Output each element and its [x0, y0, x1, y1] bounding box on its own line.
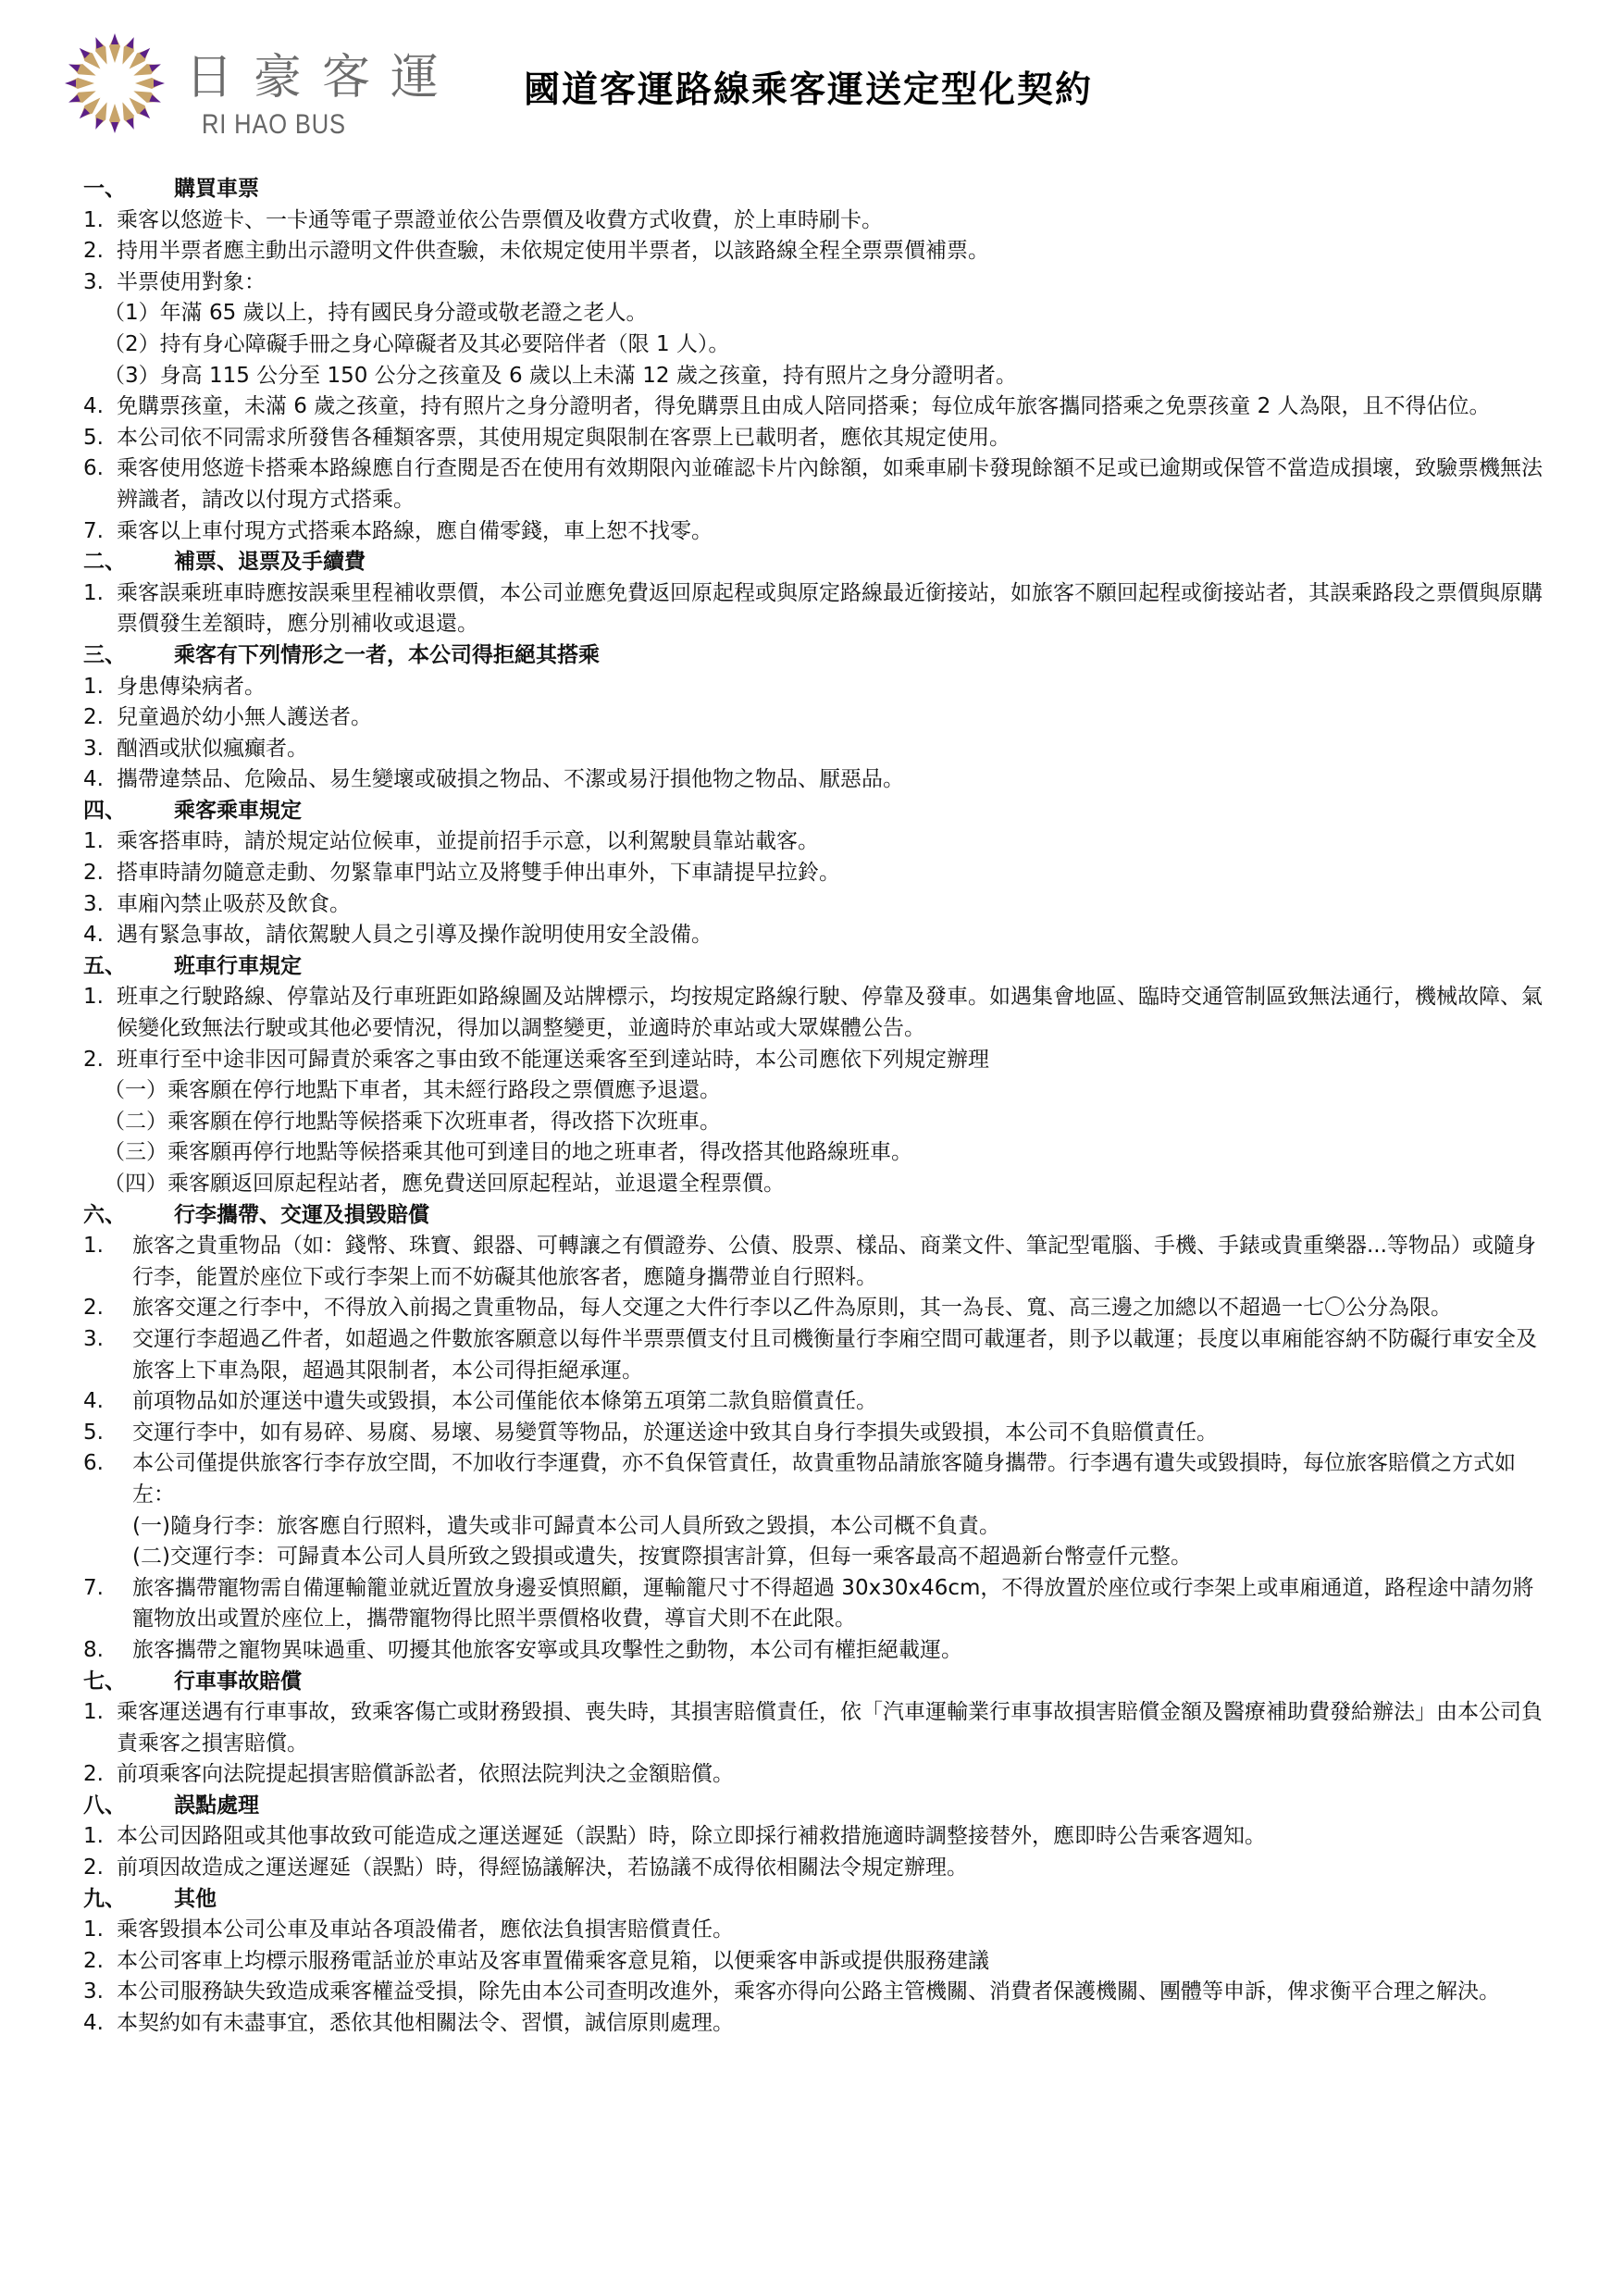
- item-text: 乘客搭車時，請於規定站位候車，並提前招手示意，以利駕駛員靠站載客。: [117, 826, 1545, 858]
- list-item: 6.乘客使用悠遊卡搭乘本路線應自行查閱是否在使用有效期限內並確認卡片內餘額，如乘…: [83, 453, 1545, 515]
- section-operation-rules: 五、班車行車規定 1.班車之行駛路線、停靠站及行車班距如路線圖及站牌標示，均按規…: [83, 951, 1545, 1200]
- item-number: 2.: [83, 1946, 117, 1978]
- list-item: 4.遇有緊急事故，請依駕駛人員之引導及操作說明使用安全設備。: [83, 920, 1545, 951]
- item-text: 本公司因路阻或其他事故致可能造成之運送遲延（誤點）時，除立即採行補救措施適時調整…: [117, 1821, 1545, 1853]
- list-item: 5.本公司依不同需求所發售各種類客票，其使用規定與限制在客票上已載明者，應依其規…: [83, 423, 1545, 454]
- item-number: 1.: [83, 205, 117, 237]
- list-item: 3.半票使用對象：: [83, 267, 1545, 299]
- list-item: 2.前項乘客向法院提起損害賠償訴訟者，依照法院判決之金額賠償。: [83, 1759, 1545, 1791]
- item-number: 2.: [83, 236, 117, 267]
- item-number: 2.: [83, 1853, 117, 1884]
- sub-item: （二）乘客願在停行地點等候搭乘下次班車者，得改搭下次班車。: [83, 1107, 1545, 1138]
- item-number: 1.: [83, 1821, 117, 1853]
- item-text: 前項乘客向法院提起損害賠償訴訟者，依照法院判決之金額賠償。: [117, 1759, 1545, 1791]
- item-text: 攜帶違禁品、危險品、易生變壞或破損之物品、不潔或易汙損他物之物品、厭惡品。: [117, 764, 1545, 796]
- section-title: 其他: [174, 1887, 217, 1911]
- list-item: 1.乘客毀損本公司公車及車站各項設備者，應依法負損害賠償責任。: [83, 1915, 1545, 1946]
- item-number: 6.: [83, 1448, 132, 1510]
- section-title: 誤點處理: [174, 1793, 259, 1818]
- item-text: 交運行李超過乙件者，如超過之件數旅客願意以每件半票票價支付且司機衡量行李廂空間可…: [132, 1324, 1545, 1386]
- item-text: 交運行李中，如有易碎、易腐、易壞、易變質等物品，於運送途中致其自身行李損失或毀損…: [132, 1418, 1545, 1449]
- sub-item: （2）持有身心障礙手冊之身心障礙者及其必要陪伴者（限 1 人）。: [83, 329, 1545, 361]
- section-riding-rules: 四、乘客乘車規定 1.乘客搭車時，請於規定站位候車，並提前招手示意，以利駕駛員靠…: [83, 796, 1545, 951]
- item-text: 持用半票者應主動出示證明文件供查驗，未依規定使用半票者，以該路線全程全票票價補票…: [117, 236, 1545, 267]
- section-heading: 九、其他: [83, 1884, 1545, 1916]
- item-number: 3.: [83, 1977, 117, 2008]
- item-number: 4.: [83, 764, 117, 796]
- list-item: 6.本公司僅提供旅客行李存放空間，不加收行李運費，亦不負保管責任，故貴重物品請旅…: [83, 1448, 1545, 1510]
- section-heading: 二、補票、退票及手續費: [83, 547, 1545, 578]
- item-number: 1.: [83, 578, 117, 640]
- list-item: 7.旅客攜帶寵物需自備運輸籠並就近置放身邊妥慎照顧，運輸籠尺寸不得超過 30x3…: [83, 1573, 1545, 1635]
- list-item: 7.乘客以上車付現方式搭乘本路線，應自備零錢，車上恕不找零。: [83, 516, 1545, 548]
- section-number: 三、: [83, 640, 174, 672]
- section-other: 九、其他 1.乘客毀損本公司公車及車站各項設備者，應依法負損害賠償責任。 2.本…: [83, 1884, 1545, 2040]
- section-number: 二、: [83, 547, 174, 578]
- item-number: 3.: [83, 734, 117, 765]
- section-heading: 四、乘客乘車規定: [83, 796, 1545, 827]
- sub-item: （一）乘客願在停行地點下車者，其未經行路段之票價應予退還。: [83, 1075, 1545, 1107]
- item-number: 1.: [83, 1697, 117, 1759]
- section-title: 乘客有下列情形之一者，本公司得拒絕其搭乘: [174, 643, 600, 667]
- list-item: 8.旅客攜帶之寵物異味過重、叨擾其他旅客安寧或具攻擊性之動物，本公司有權拒絕載運…: [83, 1635, 1545, 1667]
- item-number: 3.: [83, 1324, 132, 1386]
- item-number: 4.: [83, 920, 117, 951]
- sunburst-logo-icon: [63, 31, 167, 135]
- list-item: 5.交運行李中，如有易碎、易腐、易壞、易變質等物品，於運送途中致其自身行李損失或…: [83, 1418, 1545, 1449]
- sub-item: (一)隨身行李：旅客應自行照料，遺失或非可歸責本公司人員所致之毀損，本公司概不負…: [83, 1511, 1545, 1543]
- item-number: 4.: [83, 2008, 117, 2040]
- section-heading: 五、班車行車規定: [83, 951, 1545, 983]
- list-item: 1.班車之行駛路線、停靠站及行車班距如路線圖及站牌標示，均按規定路線行駛、停靠及…: [83, 982, 1545, 1044]
- item-text: 身患傳染病者。: [117, 672, 1545, 703]
- item-number: 7.: [83, 516, 117, 548]
- item-text: 乘客以上車付現方式搭乘本路線，應自備零錢，車上恕不找零。: [117, 516, 1545, 548]
- section-refunds: 二、補票、退票及手續費 1.乘客誤乘班車時應按誤乘里程補收票價，本公司並應免費返…: [83, 547, 1545, 640]
- item-text: 旅客交運之行李中，不得放入前揭之貴重物品，每人交運之大件行李以乙件為原則，其一為…: [132, 1293, 1545, 1324]
- item-number: 4.: [83, 391, 117, 423]
- section-heading: 八、誤點處理: [83, 1791, 1545, 1822]
- item-text: 班車行至中途非因可歸責於乘客之事由致不能運送乘客至到達站時，本公司應依下列規定辦…: [117, 1045, 1545, 1076]
- section-heading: 一、購買車票: [83, 174, 1545, 205]
- section-purchase-tickets: 一、購買車票 1.乘客以悠遊卡、一卡通等電子票證並依公告票價及收費方式收費，於上…: [83, 174, 1545, 547]
- item-text: 乘客以悠遊卡、一卡通等電子票證並依公告票價及收費方式收費，於上車時刷卡。: [117, 205, 1545, 237]
- sub-item: （三）乘客願再停行地點等候搭乘其他可到達目的地之班車者，得改搭其他路線班車。: [83, 1137, 1545, 1169]
- item-text: 旅客攜帶之寵物異味過重、叨擾其他旅客安寧或具攻擊性之動物，本公司有權拒絕載運。: [132, 1635, 1545, 1667]
- logo-english-name: RI HAO BUS: [202, 109, 346, 141]
- item-text: 本公司依不同需求所發售各種類客票，其使用規定與限制在客票上已載明者，應依其規定使…: [117, 423, 1545, 454]
- item-number: 5.: [83, 1418, 132, 1449]
- item-text: 半票使用對象：: [117, 267, 1545, 299]
- section-heading: 七、行車事故賠償: [83, 1667, 1545, 1698]
- item-number: 7.: [83, 1573, 132, 1635]
- item-text: 乘客使用悠遊卡搭乘本路線應自行查閱是否在使用有效期限內並確認卡片內餘額，如乘車刷…: [117, 453, 1545, 515]
- sub-item: （四）乘客願返回原起程站者，應免費送回原起程站，並退還全程票價。: [83, 1169, 1545, 1200]
- list-item: 4.本契約如有未盡事宜，悉依其他相關法令、習慣，誠信原則處理。: [83, 2008, 1545, 2040]
- sub-item: （3）身高 115 公分至 150 公分之孩童及 6 歲以上未滿 12 歲之孩童…: [83, 361, 1545, 392]
- logo-chinese-name: 日豪客運: [185, 50, 459, 105]
- sub-item: (二)交運行李：可歸責本公司人員所致之毀損或遺失，按實際損害計算，但每一乘客最高…: [83, 1542, 1545, 1573]
- item-text: 乘客毀損本公司公車及車站各項設備者，應依法負損害賠償責任。: [117, 1915, 1545, 1946]
- list-item: 4.攜帶違禁品、危險品、易生變壞或破損之物品、不潔或易汙損他物之物品、厭惡品。: [83, 764, 1545, 796]
- list-item: 1.乘客以悠遊卡、一卡通等電子票證並依公告票價及收費方式收費，於上車時刷卡。: [83, 205, 1545, 237]
- item-text: 本公司服務缺失致造成乘客權益受損，除先由本公司查明改進外，乘客亦得向公路主管機關…: [117, 1977, 1545, 2008]
- item-text: 班車之行駛路線、停靠站及行車班距如路線圖及站牌標示，均按規定路線行駛、停靠及發車…: [117, 982, 1545, 1044]
- item-text: 乘客運送遇有行車事故，致乘客傷亡或財務毀損、喪失時，其損害賠償責任，依「汽車運輸…: [117, 1697, 1545, 1759]
- item-text: 本公司僅提供旅客行李存放空間，不加收行李運費，亦不負保管責任，故貴重物品請旅客隨…: [132, 1448, 1545, 1510]
- list-item: 4.前項物品如於運送中遺失或毀損，本公司僅能依本條第五項第二款負賠償責任。: [83, 1386, 1545, 1418]
- section-number: 四、: [83, 796, 174, 827]
- item-text: 酗酒或狀似瘋癲者。: [117, 734, 1545, 765]
- item-text: 旅客攜帶寵物需自備運輸籠並就近置放身邊妥慎照顧，運輸籠尺寸不得超過 30x30x…: [132, 1573, 1545, 1635]
- list-item: 1.身患傳染病者。: [83, 672, 1545, 703]
- section-number: 五、: [83, 951, 174, 983]
- list-item: 1.旅客之貴重物品（如：錢幣、珠寶、銀器、可轉讓之有價證券、公債、股票、樣品、商…: [83, 1231, 1545, 1293]
- item-number: 1.: [83, 1915, 117, 1946]
- item-number: 2.: [83, 1759, 117, 1791]
- list-item: 2.搭車時請勿隨意走動、勿緊靠車門站立及將雙手伸出車外，下車請提早拉鈴。: [83, 858, 1545, 889]
- list-item: 1.本公司因路阻或其他事故致可能造成之運送遲延（誤點）時，除立即採行補救措施適時…: [83, 1821, 1545, 1853]
- item-number: 1.: [83, 826, 117, 858]
- section-title: 購買車票: [174, 177, 259, 201]
- item-number: 1.: [83, 982, 117, 1044]
- list-item: 1.乘客誤乘班車時應按誤乘里程補收票價，本公司並應免費返回原起程或與原定路線最近…: [83, 578, 1545, 640]
- item-text: 車廂內禁止吸菸及飲食。: [117, 889, 1545, 921]
- item-number: 2.: [83, 1045, 117, 1076]
- section-title: 補票、退票及手續費: [174, 550, 366, 574]
- item-number: 3.: [83, 267, 117, 299]
- item-text: 搭車時請勿隨意走動、勿緊靠車門站立及將雙手伸出車外，下車請提早拉鈴。: [117, 858, 1545, 889]
- list-item: 3.本公司服務缺失致造成乘客權益受損，除先由本公司查明改進外，乘客亦得向公路主管…: [83, 1977, 1545, 2008]
- item-number: 2.: [83, 858, 117, 889]
- list-item: 2.旅客交運之行李中，不得放入前揭之貴重物品，每人交運之大件行李以乙件為原則，其…: [83, 1293, 1545, 1324]
- section-heading: 三、乘客有下列情形之一者，本公司得拒絕其搭乘: [83, 640, 1545, 672]
- contract-body: 一、購買車票 1.乘客以悠遊卡、一卡通等電子票證並依公告票價及收費方式收費，於上…: [83, 174, 1545, 2040]
- section-number: 一、: [83, 174, 174, 205]
- list-item: 3.酗酒或狀似瘋癲者。: [83, 734, 1545, 765]
- page-title: 國道客運路線乘客運送定型化契約: [524, 68, 1093, 113]
- item-number: 1.: [83, 672, 117, 703]
- item-text: 乘客誤乘班車時應按誤乘里程補收票價，本公司並應免費返回原起程或與原定路線最近銜接…: [117, 578, 1545, 640]
- item-text: 前項物品如於運送中遺失或毀損，本公司僅能依本條第五項第二款負賠償責任。: [132, 1386, 1545, 1418]
- list-item: 3.交運行李超過乙件者，如超過之件數旅客願意以每件半票票價支付且司機衡量行李廂空…: [83, 1324, 1545, 1386]
- item-text: 遇有緊急事故，請依駕駛人員之引導及操作說明使用安全設備。: [117, 920, 1545, 951]
- item-number: 8.: [83, 1635, 132, 1667]
- item-text: 旅客之貴重物品（如：錢幣、珠寶、銀器、可轉讓之有價證券、公債、股票、樣品、商業文…: [132, 1231, 1545, 1293]
- section-title: 班車行車規定: [174, 954, 302, 978]
- list-item: 2.前項因故造成之運送遲延（誤點）時，得經協議解決，若協議不成得依相關法令規定辦…: [83, 1853, 1545, 1884]
- item-number: 2.: [83, 1293, 132, 1324]
- item-number: 6.: [83, 453, 117, 515]
- list-item: 2.兒童過於幼小無人護送者。: [83, 702, 1545, 734]
- section-title: 行車事故賠償: [174, 1669, 302, 1694]
- section-number: 六、: [83, 1200, 174, 1232]
- item-number: 3.: [83, 889, 117, 921]
- list-item: 1.乘客搭車時，請於規定站位候車，並提前招手示意，以利駕駛員靠站載客。: [83, 826, 1545, 858]
- item-number: 2.: [83, 702, 117, 734]
- list-item: 1.乘客運送遇有行車事故，致乘客傷亡或財務毀損、喪失時，其損害賠償責任，依「汽車…: [83, 1697, 1545, 1759]
- list-item: 3.車廂內禁止吸菸及飲食。: [83, 889, 1545, 921]
- section-number: 九、: [83, 1884, 174, 1916]
- section-number: 八、: [83, 1791, 174, 1822]
- item-text: 本契約如有未盡事宜，悉依其他相關法令、習慣，誠信原則處理。: [117, 2008, 1545, 2040]
- item-text: 本公司客車上均標示服務電話並於車站及客車置備乘客意見箱，以便乘客申訴或提供服務建…: [117, 1946, 1545, 1978]
- section-heading: 六、行李攜帶、交運及損毀賠償: [83, 1200, 1545, 1232]
- sub-item: （1）年滿 65 歲以上，持有國民身分證或敬老證之老人。: [83, 298, 1545, 329]
- list-item: 2.本公司客車上均標示服務電話並於車站及客車置備乘客意見箱，以便乘客申訴或提供服…: [83, 1946, 1545, 1978]
- list-item: 2.班車行至中途非因可歸責於乘客之事由致不能運送乘客至到達站時，本公司應依下列規…: [83, 1045, 1545, 1076]
- list-item: 2.持用半票者應主動出示證明文件供查驗，未依規定使用半票者，以該路線全程全票票價…: [83, 236, 1545, 267]
- list-item: 4.免購票孩童，未滿 6 歲之孩童，持有照片之身分證明者，得免購票且由成人陪同搭…: [83, 391, 1545, 423]
- section-title: 乘客乘車規定: [174, 799, 302, 823]
- section-number: 七、: [83, 1667, 174, 1698]
- item-number: 4.: [83, 1386, 132, 1418]
- section-delays: 八、誤點處理 1.本公司因路阻或其他事故致可能造成之運送遲延（誤點）時，除立即採…: [83, 1791, 1545, 1884]
- item-text: 兒童過於幼小無人護送者。: [117, 702, 1545, 734]
- item-text: 前項因故造成之運送遲延（誤點）時，得經協議解決，若協議不成得依相關法令規定辦理。: [117, 1853, 1545, 1884]
- company-logo: 日豪客運 RI HAO BUS: [63, 31, 498, 143]
- item-text: 免購票孩童，未滿 6 歲之孩童，持有照片之身分證明者，得免購票且由成人陪同搭乘；…: [117, 391, 1545, 423]
- section-luggage: 六、行李攜帶、交運及損毀賠償 1.旅客之貴重物品（如：錢幣、珠寶、銀器、可轉讓之…: [83, 1200, 1545, 1667]
- section-accident-compensation: 七、行車事故賠償 1.乘客運送遇有行車事故，致乘客傷亡或財務毀損、喪失時，其損害…: [83, 1667, 1545, 1791]
- item-number: 5.: [83, 423, 117, 454]
- section-title: 行李攜帶、交運及損毀賠償: [174, 1203, 429, 1227]
- item-number: 1.: [83, 1231, 132, 1293]
- section-refusal: 三、乘客有下列情形之一者，本公司得拒絕其搭乘 1.身患傳染病者。 2.兒童過於幼…: [83, 640, 1545, 796]
